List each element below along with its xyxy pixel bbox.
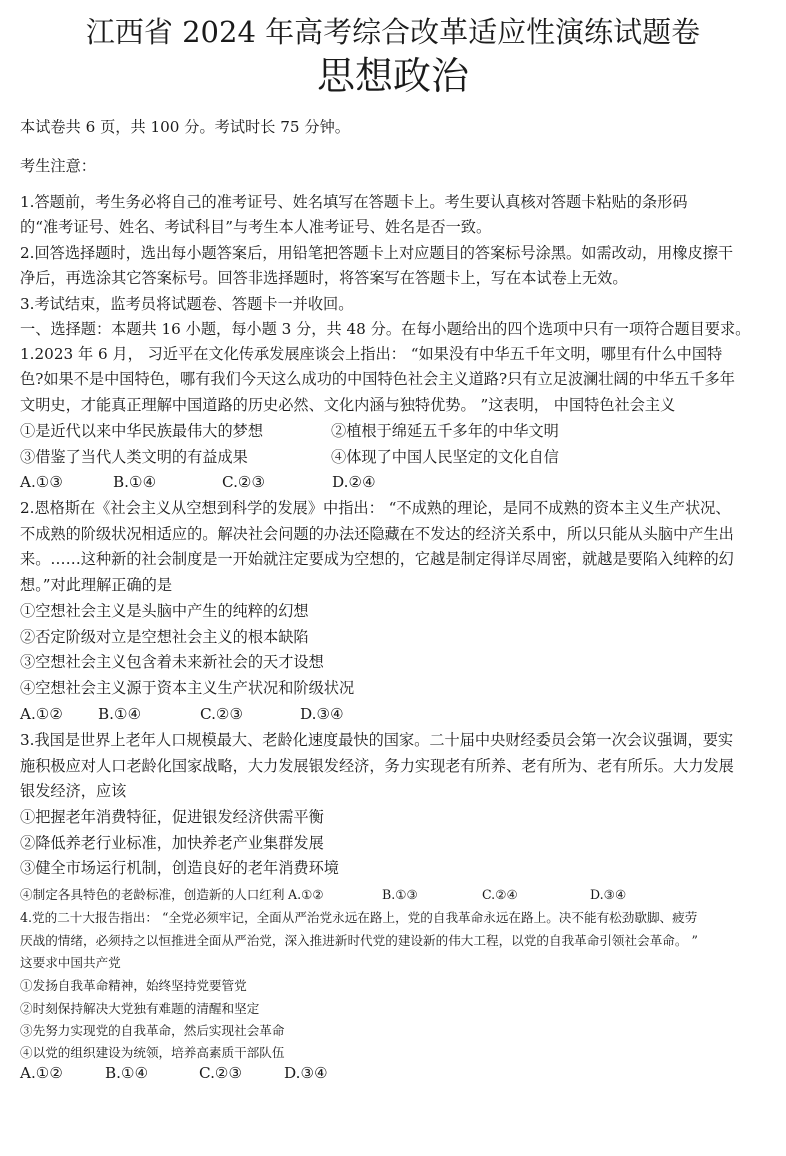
question-item: ①发扬自我革命精神，始终坚持党要管党 (20, 976, 247, 996)
exam-title: 江西省 2024 年高考综合改革适应性演练试题卷 (0, 14, 786, 50)
answer-choice-c: C.②③ (200, 704, 243, 724)
question-item: ①是近代以来中华民族最伟大的梦想 (20, 421, 263, 441)
notice-line: 2.回答选择题时，选出每小题答案后，用铅笔把答题卡上对应题目的答案标号涂黑。如需… (20, 243, 733, 263)
notice-line: 的“准考证号、姓名、考试科目”与考生本人准考证号、姓名是否一致。 (20, 217, 491, 237)
question-stem: 2.恩格斯在《社会主义从空想到科学的发展》中指出： “不成熟的理论，是同不成熟的… (20, 498, 731, 518)
question-item: ④制定各具特色的老龄标准，创造新的人口红利 (20, 885, 284, 905)
question-stem: 3.我国是世界上老年人口规模最大、老龄化速度最快的国家。二十届中央财经委员会第一… (20, 730, 733, 750)
question-item: ④体现了中国人民坚定的文化自信 (331, 447, 559, 467)
answer-choice-a: A.①② (20, 704, 63, 724)
notice-line: 净后，再选涂其它答案标号。回答非选择题时，将答案写在答题卡上，写在本试卷上无效。 (20, 268, 628, 288)
question-item: ③健全市场运行机制，创造良好的老年消费环境 (20, 858, 339, 878)
answer-choice-d: D.②④ (332, 472, 376, 492)
question-stem: 想。”对此理解正确的是 (20, 575, 172, 595)
question-item: ③先努力实现党的自我革命，然后实现社会革命 (20, 1021, 284, 1041)
question-stem: 不成熟的阶级状况相适应的。解决社会问题的办法还隐藏在不发达的经济关系中，所以只能… (20, 524, 734, 544)
answer-choice-c: C.②④ (482, 885, 518, 905)
answer-choice-b: B.①④ (98, 704, 141, 724)
answer-choice-a: A.①② (288, 885, 324, 905)
exam-intro: 本试卷共 6 页，共 100 分。考试时长 75 分钟。 (20, 117, 350, 137)
notice-line: 3.考试结束，监考员将试题卷、答题卡一并收回。 (20, 294, 353, 314)
exam-subject: 思想政治 (0, 54, 786, 98)
answer-choice-a: A.①② (20, 1063, 63, 1083)
question-item: ②否定阶级对立是空想社会主义的根本缺陷 (20, 627, 309, 647)
answer-choice-b: B.①③ (382, 885, 418, 905)
question-stem: 色?如果不是中国特色，哪有我们今天这么成功的中国特色社会主义道路?只有立足波澜壮… (20, 369, 735, 389)
question-item: ①空想社会主义是头脑中产生的纯粹的幻想 (20, 601, 309, 621)
question-item: ②降低养老行业标准，加快养老产业集群发展 (20, 833, 324, 853)
question-item: ②时刻保持解决大党独有难题的清醒和坚定 (20, 999, 259, 1019)
answer-choice-d: D.③④ (284, 1063, 328, 1083)
question-item: ①把握老年消费特征，促进银发经济供需平衡 (20, 807, 324, 827)
notice-heading: 考生注意： (20, 156, 96, 176)
question-item: ②植根于绵延五千多年的中华文明 (331, 421, 559, 441)
answer-choice-a: A.①③ (20, 472, 63, 492)
section-heading: 一、选择题：本题共 16 小题，每小题 3 分，共 48 分。在每小题给出的四个… (20, 319, 750, 339)
question-stem: 厌战的情绪，必须持之以恒推进全面从严治党，深入推进新时代党的建设新的伟大工程，以… (20, 931, 698, 951)
question-stem: 文明史，才能真正理解中国道路的历史必然、文化内涵与独特优势。 ”这表明， 中国特… (20, 395, 675, 415)
question-stem: 这要求中国共产党 (20, 953, 121, 973)
answer-choice-d: D.③④ (300, 704, 344, 724)
question-stem: 1.2023 年 6 月， 习近平在文化传承发展座谈会上指出： “如果没有中华五… (20, 344, 722, 364)
question-stem: 来。……这种新的社会制度是一开始就注定要成为空想的，它越是制定得详尽周密，就越是… (20, 549, 734, 569)
question-stem: 银发经济，应该 (20, 781, 126, 801)
answer-choice-c: C.②③ (222, 472, 265, 492)
answer-choice-c: C.②③ (199, 1063, 242, 1083)
question-stem: 4.党的二十大报告指出： “全党必须牢记，全面从严治党永远在路上，党的自我革命永… (20, 908, 697, 928)
notice-line: 1.答题前，考生务必将自己的准考证号、姓名填写在答题卡上。考生要认真核对答题卡粘… (20, 192, 688, 212)
question-stem: 施积极应对人口老龄化国家战略，大力发展银发经济，务力实现老有所养、老有所为、老有… (20, 756, 734, 776)
question-item: ③借鉴了当代人类文明的有益成果 (20, 447, 248, 467)
question-item: ④空想社会主义源于资本主义生产状况和阶级状况 (20, 678, 354, 698)
answer-choice-b: B.①④ (105, 1063, 148, 1083)
question-item: ④以党的组织建设为统领，培养高素质干部队伍 (20, 1043, 284, 1063)
answer-choice-d: D.③④ (590, 885, 626, 905)
question-item: ③空想社会主义包含着未来新社会的天才设想 (20, 652, 324, 672)
answer-choice-b: B.①④ (113, 472, 156, 492)
